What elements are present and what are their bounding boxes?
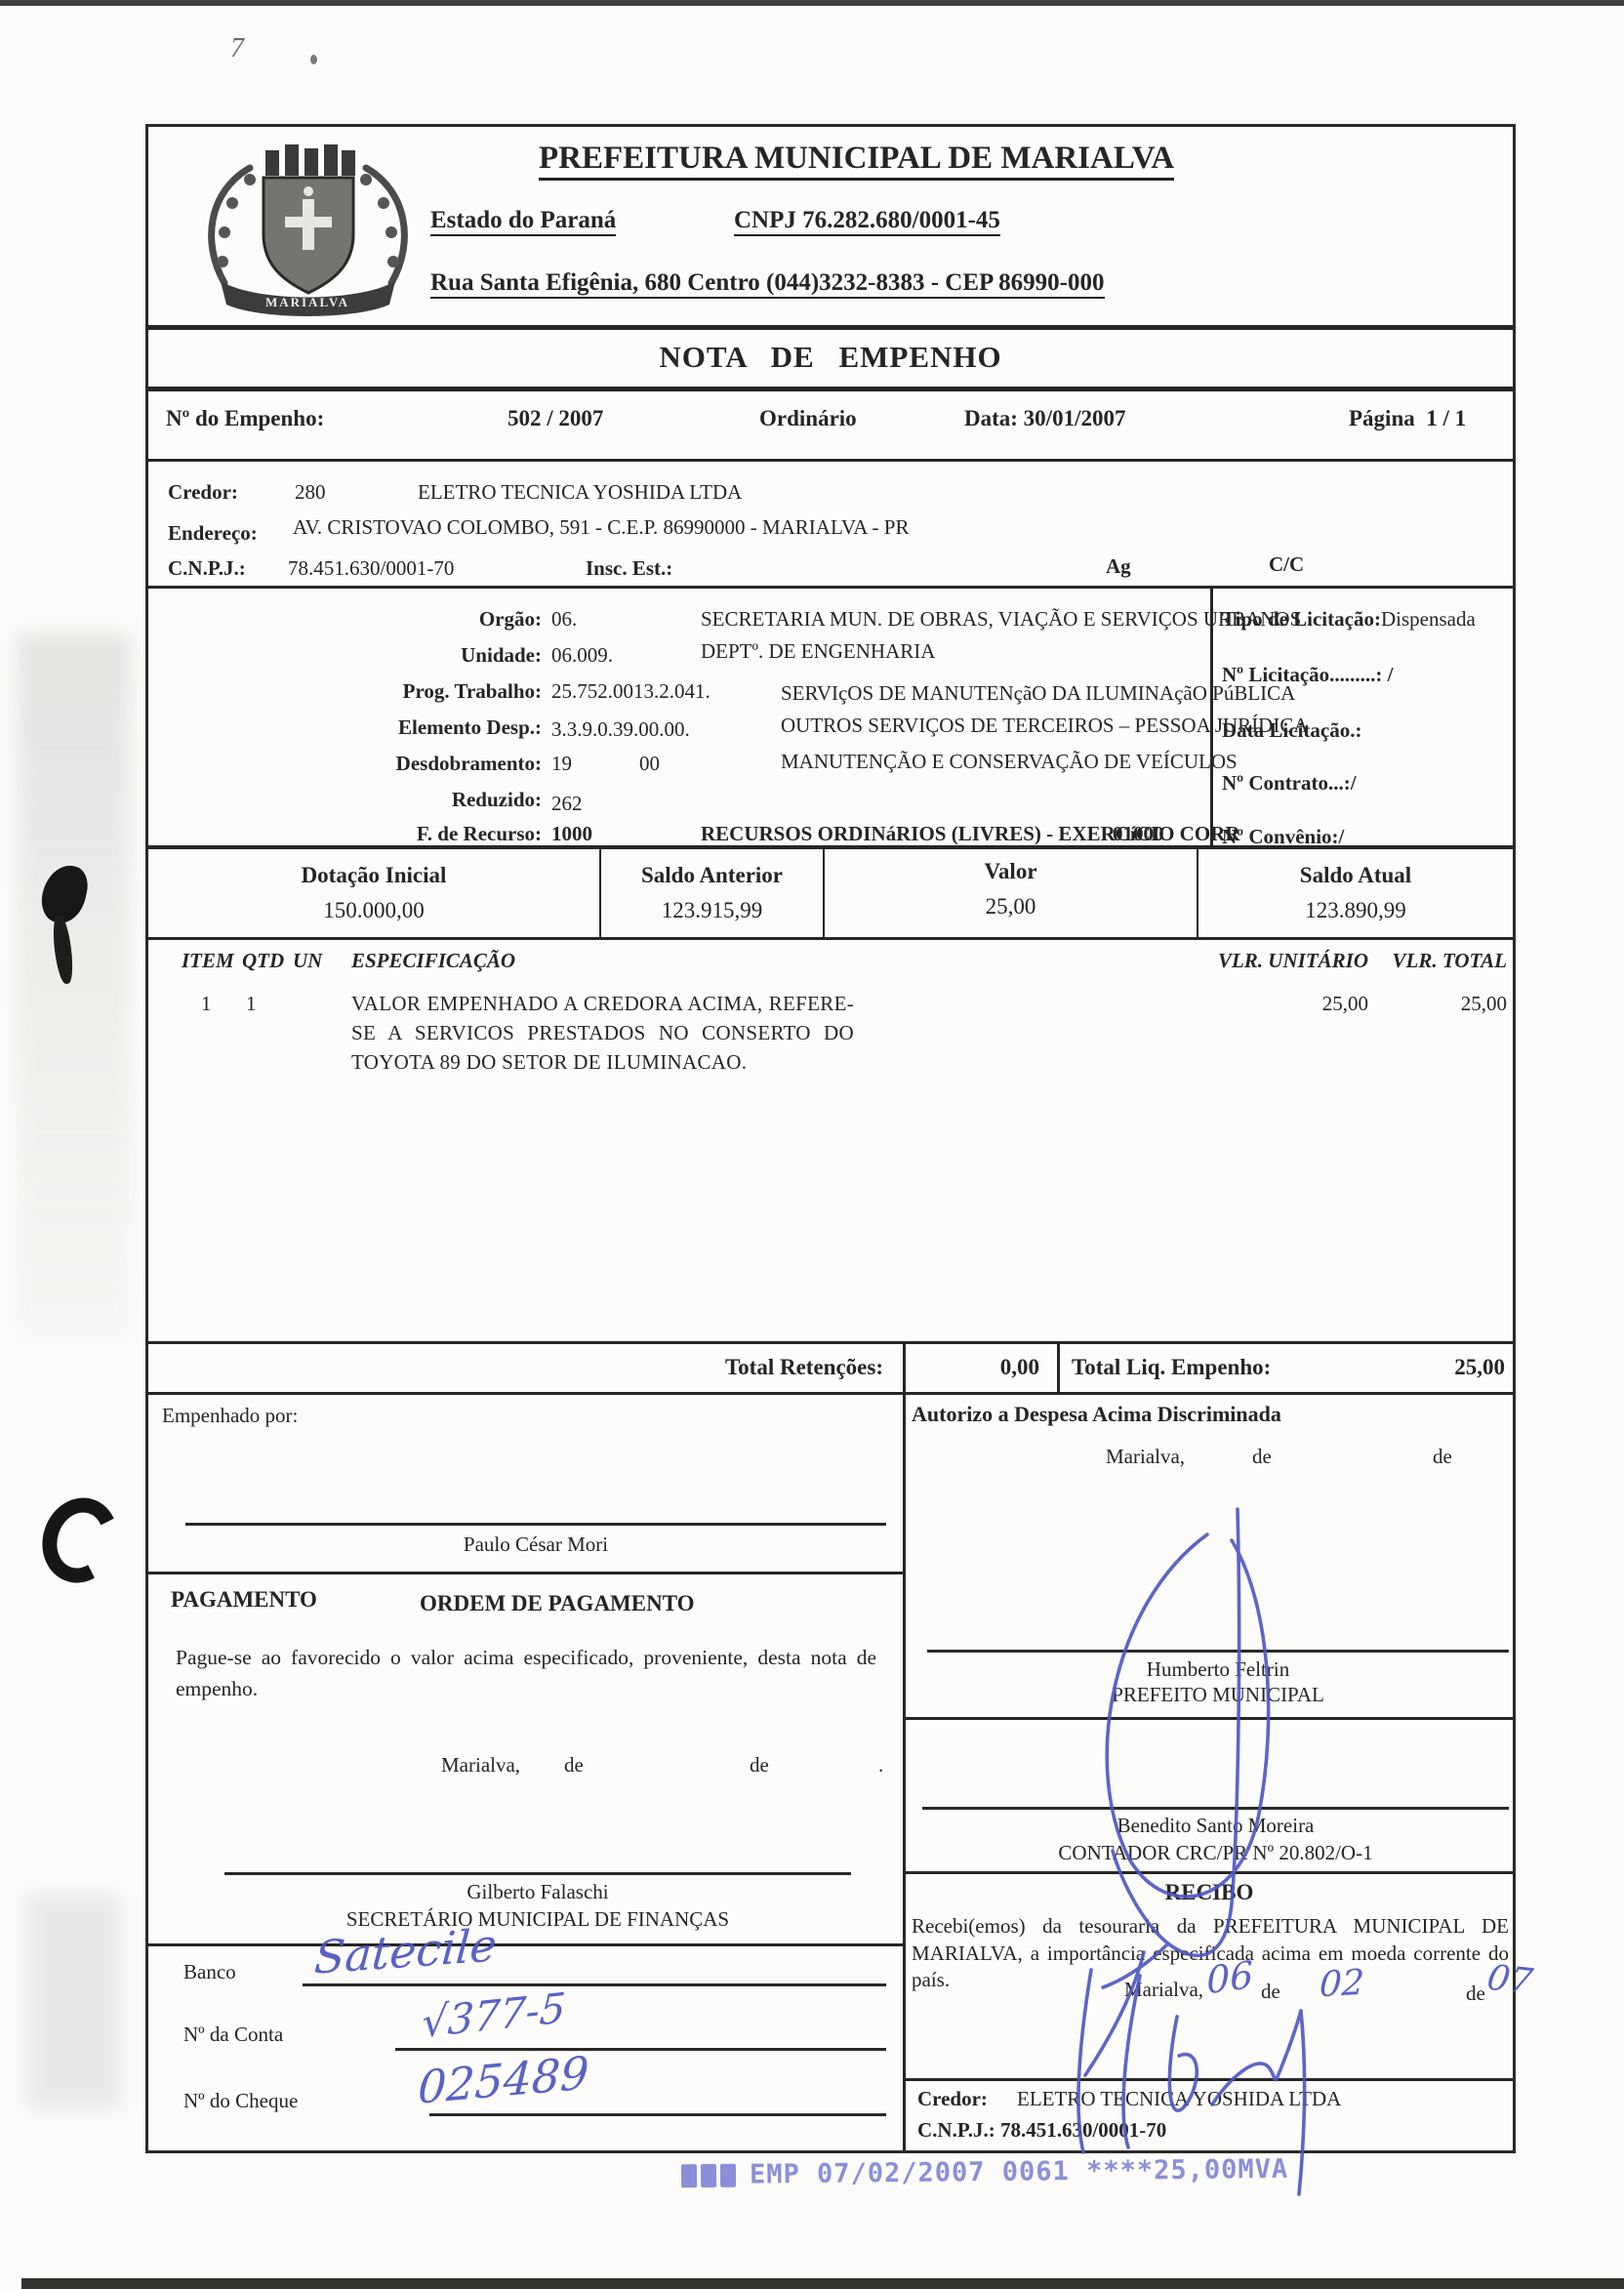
divider bbox=[148, 1572, 903, 1574]
credor-name: ELETRO TECNICA YOSHIDA LTDA bbox=[418, 480, 742, 504]
recibo-city: Marialva, bbox=[1124, 1978, 1203, 2001]
credor-code: 280 bbox=[295, 480, 326, 504]
divider bbox=[148, 459, 1513, 462]
header-title: PREFEITURA MUNICIPAL DE MARIALVA bbox=[539, 141, 1174, 178]
orgao-label: Orgão: bbox=[156, 607, 542, 631]
tipo-licitacao: Tipo de Licitação:Dispensada bbox=[1222, 607, 1476, 631]
fonte-recurso-label: F. de Recurso: bbox=[156, 822, 542, 845]
fonte-recurso-code2: 01000 bbox=[1113, 822, 1164, 845]
signer-benedito-role: CONTADOR CRC/PR Nº 20.802/O-1 bbox=[922, 1841, 1509, 1864]
saldo-atual-header: Saldo Atual bbox=[1198, 863, 1513, 888]
divider bbox=[148, 937, 1513, 940]
ink-crescent-artifact bbox=[31, 1488, 128, 1592]
dotacao-inicial-value: 150.000,00 bbox=[148, 898, 599, 923]
signature-line bbox=[922, 1807, 1509, 1810]
signer-humberto-role: PREFEITO MUNICIPAL bbox=[927, 1683, 1509, 1706]
item-row-vlr-total: 25,00 bbox=[1386, 992, 1507, 1015]
divider bbox=[906, 1871, 1513, 1874]
header-state: Estado do Paraná bbox=[430, 207, 616, 235]
banco-label: Banco bbox=[183, 1960, 236, 1983]
dotacao-inicial-header: Dotação Inicial bbox=[148, 863, 599, 888]
recibo-day-handwriting: 06 bbox=[1205, 1953, 1253, 2003]
divider bbox=[148, 845, 1513, 849]
empenho-date: Data: 30/01/2007 bbox=[964, 406, 1125, 431]
elemento-desp-label: Elemento Desp.: bbox=[156, 715, 542, 739]
signer-humberto-feltrin: Humberto Feltrin bbox=[927, 1657, 1509, 1681]
desdobramento-code: 19 bbox=[551, 752, 572, 775]
recibo-year-handwriting: 07 bbox=[1484, 1958, 1536, 2002]
numero-cheque-label: Nº do Cheque bbox=[183, 2089, 298, 2112]
divider bbox=[148, 586, 1513, 589]
item-row-qtd: 1 bbox=[246, 992, 257, 1015]
empenho-number: 502 / 2007 bbox=[507, 406, 603, 431]
signer-gilberto-falaschi: Gilberto Falaschi bbox=[224, 1880, 851, 1903]
saldo-anterior-value: 123.915,99 bbox=[601, 898, 823, 923]
item-row-espec: VALOR EMPENHADO A CREDORA ACIMA, REFERE-… bbox=[351, 990, 854, 1077]
totals-divider bbox=[1057, 1341, 1060, 1393]
pagamento-de1: de bbox=[564, 1753, 584, 1777]
totals-divider bbox=[903, 1341, 906, 1393]
data-licitacao: Data Licitação.: bbox=[1222, 718, 1361, 742]
reduzido-code: 262 bbox=[551, 792, 583, 815]
recibo-month-handwriting: 02 bbox=[1319, 1963, 1365, 2006]
scan-smudge-lower bbox=[27, 1894, 120, 2108]
total-retencoes-value: 0,00 bbox=[927, 1355, 1039, 1380]
validation-stamp: EMP 07/02/2007 0061 ****25,00MVA bbox=[681, 2154, 1288, 2191]
signature-line bbox=[927, 1650, 1509, 1653]
pagamento-de2: de bbox=[750, 1753, 769, 1777]
pagamento-period: . bbox=[878, 1753, 883, 1777]
cnpj-value: 78.451.630/0001-70 bbox=[288, 556, 454, 580]
total-liq-value: 25,00 bbox=[1366, 1355, 1505, 1380]
ink-dot-artifact bbox=[310, 55, 317, 64]
empenhado-por-label: Empenhado por: bbox=[162, 1404, 298, 1427]
conta-line bbox=[395, 2048, 886, 2051]
col-espec-header: ESPECIFICAÇÃO bbox=[351, 949, 515, 972]
pagamento-city: Marialva, bbox=[441, 1753, 520, 1777]
valor-value: 25,00 bbox=[825, 894, 1197, 920]
autorizo-city: Marialva, bbox=[1106, 1445, 1185, 1468]
prog-trabalho-desc: SERVIçOS DE MANUTENçãO DA ILUMINAçãO PúB… bbox=[781, 681, 1295, 705]
prog-trabalho-label: Prog. Trabalho: bbox=[156, 679, 542, 703]
col-qtd-header: QTD bbox=[242, 949, 284, 972]
recibo-title: RECIBO bbox=[906, 1880, 1513, 1905]
coat-of-arms-icon: MARIALVA bbox=[164, 135, 452, 320]
col-vlr-unitario-header: VLR. UNITÁRIO bbox=[1181, 949, 1368, 972]
empenho-type: Ordinário bbox=[759, 406, 857, 431]
scan-top-edge bbox=[0, 0, 1624, 6]
divider bbox=[148, 325, 1513, 330]
unidade-label: Unidade: bbox=[156, 643, 542, 667]
signature-line bbox=[224, 1872, 851, 1875]
signer-benedito-moreira: Benedito Santo Moreira bbox=[922, 1814, 1509, 1837]
col-item-header: ITEM bbox=[182, 949, 234, 972]
scanned-document-page: 7 MARIALVA PREFEITURA MUNICIPAL DE MARIA… bbox=[0, 0, 1624, 2289]
orgao-code: 06. bbox=[551, 607, 577, 631]
autorizo-title: Autorizo a Despesa Acima Discriminada bbox=[912, 1402, 1281, 1426]
valor-header: Valor bbox=[825, 859, 1197, 884]
reduzido-label: Reduzido: bbox=[156, 788, 542, 811]
cheque-line bbox=[429, 2113, 886, 2116]
recibo-de1: de bbox=[1261, 1980, 1280, 2003]
recibo-credor-label: Credor: bbox=[917, 2087, 988, 2110]
pague-se-text: Pague-se ao favorecido o valor acima esp… bbox=[176, 1642, 876, 1705]
header-address: Rua Santa Efigênia, 680 Centro (044)3232… bbox=[430, 269, 1105, 298]
stamp-text: EMP 07/02/2007 0061 ****25,00MVA bbox=[750, 2154, 1288, 2190]
scan-bottom-edge bbox=[21, 2278, 1624, 2289]
divider bbox=[906, 1717, 1513, 1720]
bottom-column-divider bbox=[903, 1395, 906, 2150]
agencia-label: Ag bbox=[1106, 554, 1131, 578]
banco-line bbox=[303, 1983, 886, 1986]
cnpj-label: C.N.P.J.: bbox=[168, 556, 246, 580]
prog-trabalho-code: 25.752.0013.2.041. bbox=[551, 679, 710, 703]
total-liq-label: Total Liq. Empenho: bbox=[1072, 1355, 1271, 1380]
divider bbox=[906, 2078, 1513, 2081]
recibo-cnpj-line: C.N.P.J.: 78.451.630/0001-70 bbox=[917, 2118, 1166, 2142]
insc-est-label: Insc. Est.: bbox=[586, 556, 672, 580]
divider bbox=[148, 1392, 1513, 1395]
signer-gilberto-role: SECRETÁRIO MUNICIPAL DE FINANÇAS bbox=[224, 1907, 851, 1931]
divider bbox=[148, 1943, 903, 1946]
unidade-code: 06.009. bbox=[551, 643, 613, 667]
licitacao-divider bbox=[1210, 586, 1213, 845]
elemento-desp-code: 3.3.9.0.39.00.00. bbox=[551, 717, 690, 741]
conta-corrente-label: C/C bbox=[1269, 552, 1304, 576]
desdobramento-desc: MANUTENÇÃO E CONSERVAÇÃO DE VEÍCULOS bbox=[781, 750, 1238, 773]
signer-paulo-cesar-mori: Paulo César Mori bbox=[185, 1533, 886, 1556]
endereco-value: AV. CRISTOVAO COLOMBO, 591 - C.E.P. 8699… bbox=[293, 515, 910, 539]
saldo-anterior-header: Saldo Anterior bbox=[601, 863, 823, 888]
endereco-label: Endereço: bbox=[168, 521, 258, 545]
item-row-vlr-unitario: 25,00 bbox=[1220, 992, 1368, 1015]
numero-contrato: Nº Contrato...:/ bbox=[1222, 771, 1357, 795]
divider bbox=[148, 1341, 1513, 1344]
fonte-recurso-code: 1000 bbox=[551, 822, 592, 845]
credor-label: Credor: bbox=[168, 480, 238, 504]
pen-mark: 7 bbox=[230, 33, 244, 64]
crest-banner-label: MARIALVA bbox=[265, 295, 349, 309]
autorizo-de1: de bbox=[1252, 1445, 1272, 1468]
col-vlr-total-header: VLR. TOTAL bbox=[1386, 949, 1507, 972]
signature-line bbox=[185, 1523, 886, 1526]
unidade-desc: DEPTº. DE ENGENHARIA bbox=[701, 639, 935, 663]
desdobramento-label: Desdobramento: bbox=[156, 752, 542, 775]
divider bbox=[148, 387, 1513, 391]
empenho-number-label: Nº do Empenho: bbox=[166, 406, 324, 431]
numero-licitacao: Nº Licitação.........: / bbox=[1222, 663, 1394, 686]
pagamento-title: PAGAMENTO bbox=[171, 1587, 317, 1613]
header-cnpj: CNPJ 76.282.680/0001-45 bbox=[734, 207, 1000, 235]
autorizo-de2: de bbox=[1433, 1445, 1452, 1468]
recibo-credor-value: ELETRO TECNICA YOSHIDA LTDA bbox=[1017, 2087, 1341, 2110]
stamp-logo-icon bbox=[681, 2163, 736, 2187]
col-un-header: UN bbox=[293, 949, 322, 972]
ordem-pagamento-title: ORDEM DE PAGAMENTO bbox=[420, 1591, 695, 1616]
saldo-atual-value: 123.890,99 bbox=[1198, 898, 1513, 923]
total-retencoes-label: Total Retenções: bbox=[586, 1355, 883, 1380]
recibo-de2: de bbox=[1466, 1982, 1485, 2005]
scan-smudge bbox=[18, 634, 130, 1337]
numero-conta-label: Nº da Conta bbox=[183, 2023, 283, 2046]
item-row-number: 1 bbox=[201, 992, 212, 1015]
doc-title: NOTA DE EMPENHO bbox=[148, 340, 1513, 375]
desdobramento-code2: 00 bbox=[639, 752, 660, 775]
page-indicator: Página 1 / 1 bbox=[1349, 406, 1466, 431]
